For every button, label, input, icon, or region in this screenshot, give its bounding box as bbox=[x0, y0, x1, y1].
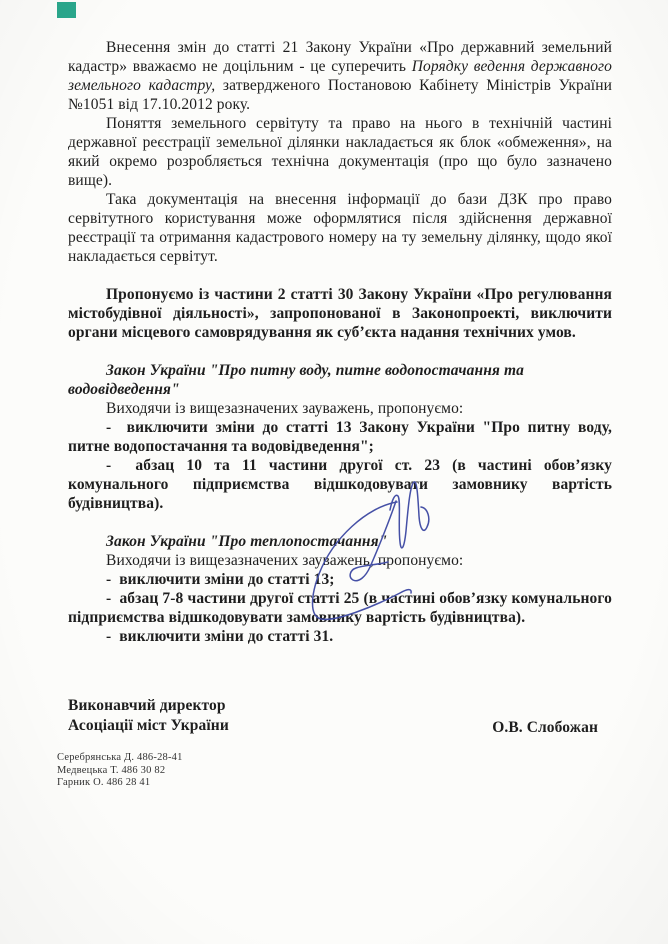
scan-artifact-rect bbox=[57, 2, 76, 18]
bullet-item: - абзац 7-8 частини другої статті 25 (в … bbox=[68, 589, 612, 627]
signatory-title: Виконавчий директор Асоціації міст Украї… bbox=[68, 696, 229, 736]
contact-line: Гарник О. 486 28 41 bbox=[57, 777, 183, 790]
bullet-item: - виключити зміни до статті 13; bbox=[68, 570, 612, 589]
footer-contacts: Серебрянська Д. 486-28-41 Медвецька Т. 4… bbox=[57, 752, 183, 790]
signature-block: Виконавчий директор Асоціації міст Украї… bbox=[68, 696, 612, 737]
bullet-item: - виключити зміни до статті 31. bbox=[68, 627, 612, 646]
contact-line: Серебрянська Д. 486-28-41 bbox=[57, 752, 183, 765]
paragraph-proposal-bold: Пропонуємо із частини 2 статті 30 Закону… bbox=[68, 285, 612, 342]
intro-line-water: Виходячи із вищезазначених зауважень, пр… bbox=[68, 399, 612, 418]
signatory-title-line2: Асоціації міст України bbox=[68, 716, 229, 736]
bullet-item: - абзац 10 та 11 частини другої ст. 23 (… bbox=[68, 456, 612, 513]
law-heading-heat: Закон України "Про теплопостачання" bbox=[68, 532, 612, 551]
bullet-item: - виключити зміни до статті 13 Закону Ук… bbox=[68, 418, 612, 456]
paragraph-cadastre: Внесення змін до статті 21 Закону Україн… bbox=[68, 38, 612, 114]
signatory-name: О.В. Слобожан bbox=[492, 718, 598, 737]
contact-line: Медвецька Т. 486 30 82 bbox=[57, 765, 183, 778]
signatory-title-line1: Виконавчий директор bbox=[68, 696, 229, 716]
intro-line-heat: Виходячи із вищезазначених зауважень, пр… bbox=[68, 551, 612, 570]
scanned-letter-page: Внесення змін до статті 21 Закону Україн… bbox=[0, 0, 668, 944]
paragraph-dzk-documentation: Така документація на внесення інформації… bbox=[68, 190, 612, 266]
scan-artifact-mark bbox=[57, 2, 76, 18]
paragraph-servitude-concept: Поняття земельного сервітуту та право на… bbox=[68, 114, 612, 190]
law-heading-water: Закон України "Про питну воду, питне вод… bbox=[68, 361, 612, 399]
